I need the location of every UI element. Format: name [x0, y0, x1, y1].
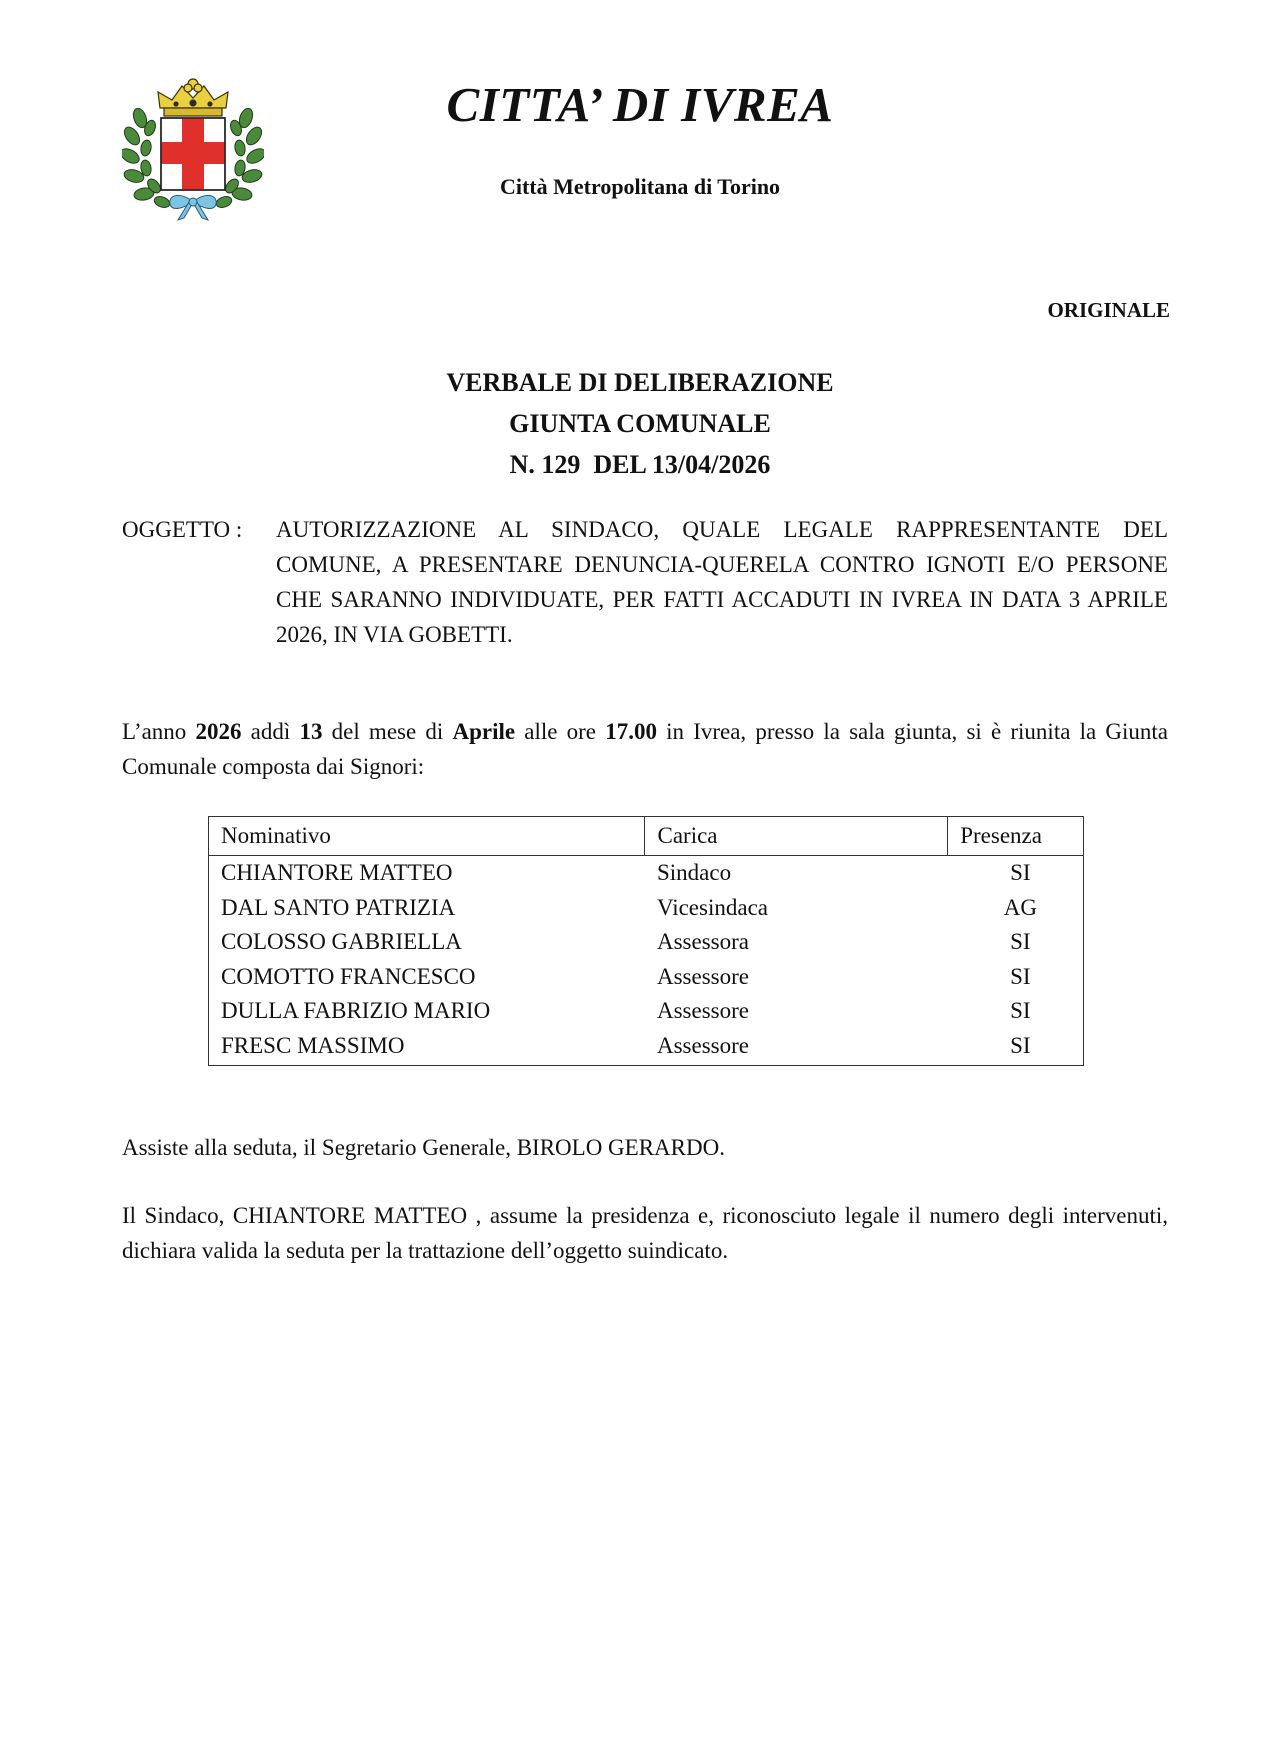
header-role: Carica — [645, 817, 948, 856]
document-heading: VERBALE DI DELIBERAZIONE GIUNTA COMUNALE… — [300, 362, 980, 485]
members-table: Nominativo Carica Presenza CHIANTORE MAT… — [208, 816, 1084, 1066]
member-presence: SI — [948, 1029, 1084, 1066]
member-role: Assessore — [645, 994, 948, 1029]
city-title: CITTA’ DI IVREA — [390, 78, 890, 132]
table-row: CHIANTORE MATTEO Sindaco SI — [209, 856, 1084, 891]
heading-line-1: VERBALE DI DELIBERAZIONE — [300, 362, 980, 403]
member-name: CHIANTORE MATTEO — [209, 856, 645, 891]
member-role: Sindaco — [645, 856, 948, 891]
table-row: FRESC MASSIMO Assessore SI — [209, 1029, 1084, 1066]
header-presence: Presenza — [948, 817, 1084, 856]
member-presence: SI — [948, 994, 1084, 1029]
member-name: DAL SANTO PATRIZIA — [209, 891, 645, 926]
member-presence: SI — [948, 925, 1084, 960]
copy-type-label: ORIGINALE — [1047, 298, 1170, 323]
document-page: CITTA’ DI IVREA Città Metropolitana di T… — [0, 0, 1264, 1738]
member-role: Vicesindaca — [645, 891, 948, 926]
city-coat-of-arms-icon — [122, 78, 264, 228]
member-role: Assessore — [645, 960, 948, 995]
member-presence: SI — [948, 856, 1084, 891]
meeting-intro: L’anno 2026 addì 13 del mese di Aprile a… — [122, 714, 1168, 784]
member-name: FRESC MASSIMO — [209, 1029, 645, 1066]
header-name: Nominativo — [209, 817, 645, 856]
meeting-day: 13 — [299, 719, 322, 744]
table-header-row: Nominativo Carica Presenza — [209, 817, 1084, 856]
heading-line-2: GIUNTA COMUNALE — [300, 403, 980, 444]
member-name: COMOTTO FRANCESCO — [209, 960, 645, 995]
intro-text: L’anno — [122, 719, 196, 744]
intro-text: alle ore — [515, 719, 605, 744]
city-subtitle: Città Metropolitana di Torino — [390, 174, 890, 200]
member-name: DULLA FABRIZIO MARIO — [209, 994, 645, 1029]
member-name: COLOSSO GABRIELLA — [209, 925, 645, 960]
secretary-statement: Assiste alla seduta, il Segretario Gener… — [122, 1130, 1168, 1165]
table-row: COMOTTO FRANCESCO Assessore SI — [209, 960, 1084, 995]
meeting-time: 17.00 — [605, 719, 657, 744]
member-presence: SI — [948, 960, 1084, 995]
table-row: DAL SANTO PATRIZIA Vicesindaca AG — [209, 891, 1084, 926]
member-presence: AG — [948, 891, 1084, 926]
meeting-month: Aprile — [452, 719, 515, 744]
subject-label: OGGETTO : — [122, 512, 252, 547]
presidency-statement: Il Sindaco, CHIANTORE MATTEO , assume la… — [122, 1198, 1168, 1268]
table-row: DULLA FABRIZIO MARIO Assessore SI — [209, 994, 1084, 1029]
member-role: Assessore — [645, 1029, 948, 1066]
intro-text: del mese di — [322, 719, 452, 744]
subject-text: AUTORIZZAZIONE AL SINDACO, QUALE LEGALE … — [276, 512, 1168, 652]
meeting-year: 2026 — [196, 719, 242, 744]
table-row: COLOSSO GABRIELLA Assessora SI — [209, 925, 1084, 960]
intro-text: addì — [242, 719, 300, 744]
member-role: Assessora — [645, 925, 948, 960]
heading-line-3: N. 129 DEL 13/04/2026 — [300, 444, 980, 485]
